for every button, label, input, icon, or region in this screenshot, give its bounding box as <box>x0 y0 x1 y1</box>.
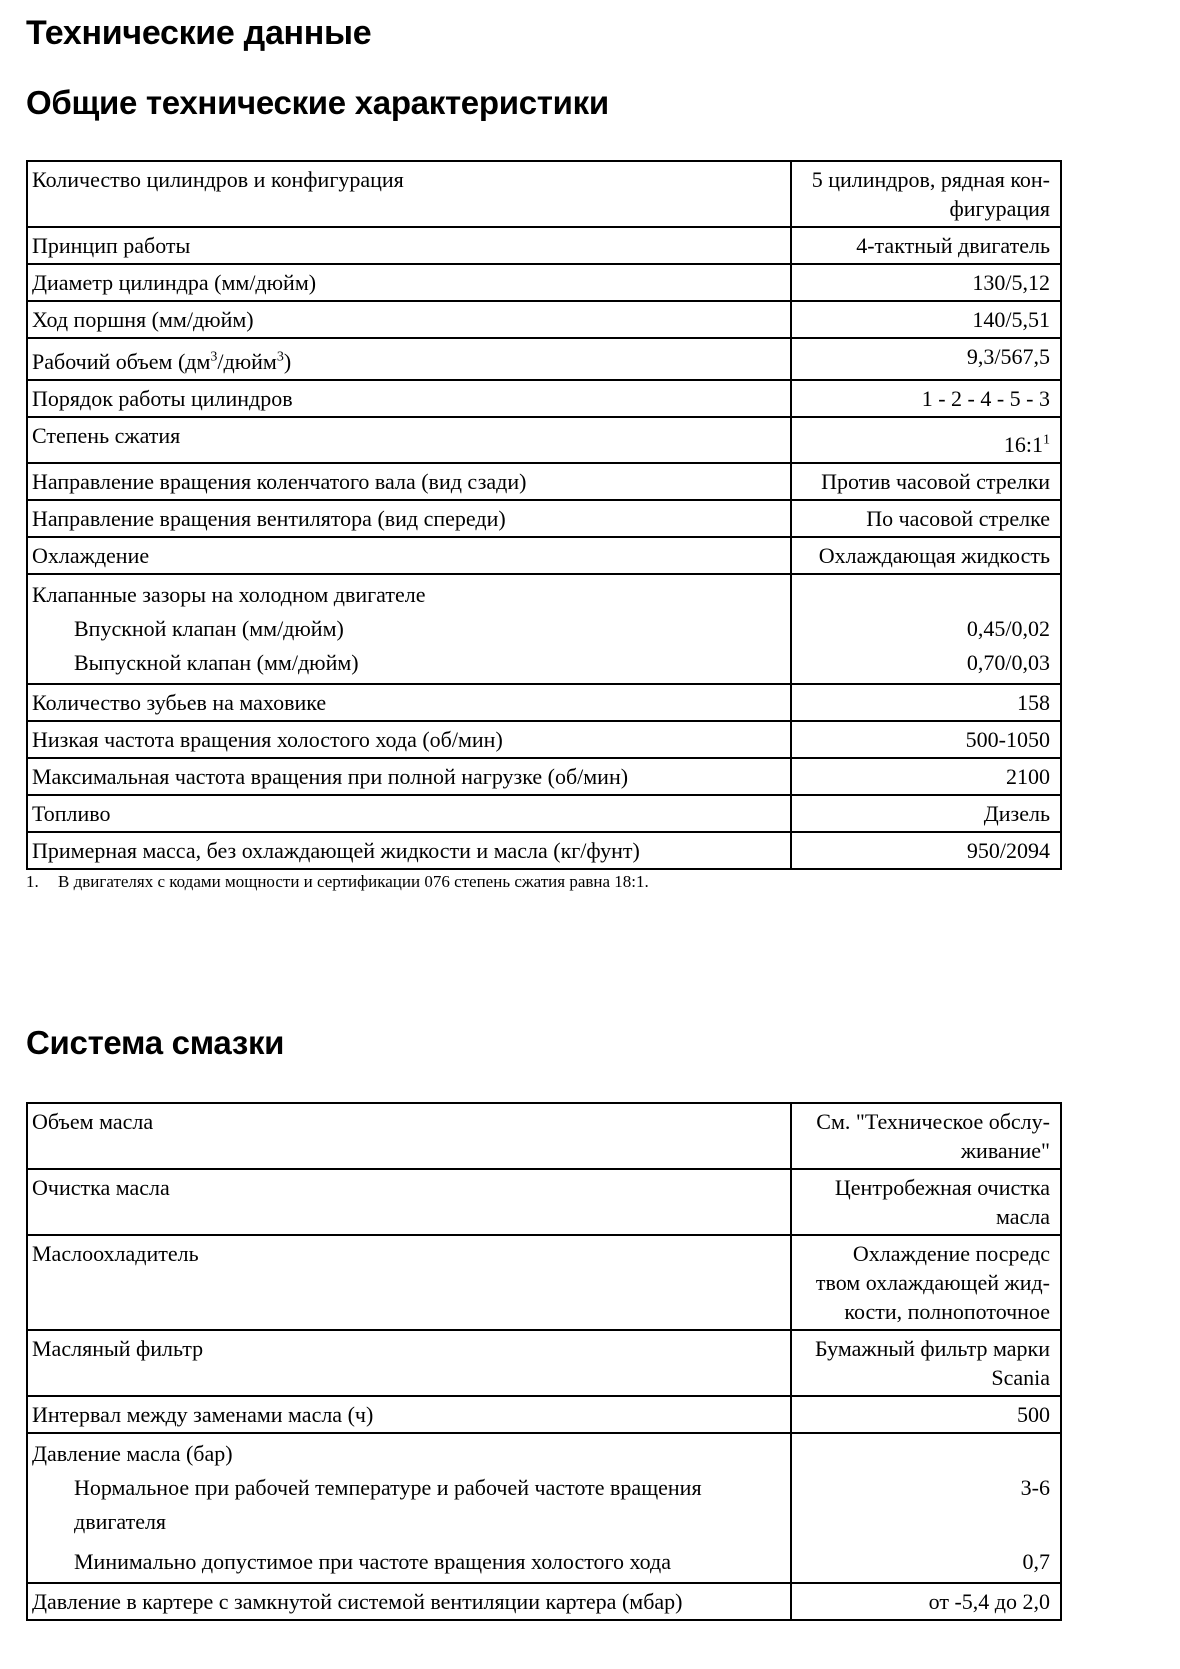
value-line: кости, полнопоточное <box>796 1297 1050 1326</box>
spec-label: Направление вращения коленчатого вала (в… <box>27 463 791 500</box>
value-line: 0,7 <box>796 1545 1050 1579</box>
spec-label: Максимальная частота вращения при полной… <box>27 758 791 795</box>
value-line <box>796 1437 1050 1471</box>
table-row: Ход поршня (мм/дюйм) 140/5,51 <box>27 301 1061 338</box>
spec-label: Интервал между заменами масла (ч) <box>27 1396 791 1433</box>
sub-label: Впускной клапан (мм/дюйм) <box>32 612 782 646</box>
table-row: Низкая частота вращения холостого хода (… <box>27 721 1061 758</box>
spec-label: Рабочий объем (дм3/дюйм3) <box>27 338 791 380</box>
spec-label: Охлаждение <box>27 537 791 574</box>
lubrication-specs-table: Объем масла См. "Техническое обслу- жива… <box>26 1102 1062 1621</box>
table-row: Объем масла См. "Техническое обслу- жива… <box>27 1103 1061 1169</box>
spec-value: Охлаждение посредс твом охлаждающей жид-… <box>791 1235 1061 1330</box>
spec-value: Бумажный фильтр марки Scania <box>791 1330 1061 1396</box>
table-row: Диаметр цилиндра (мм/дюйм) 130/5,12 <box>27 264 1061 301</box>
spec-label: Принцип работы <box>27 227 791 264</box>
value-line: Бумажный фильтр марки <box>796 1334 1050 1363</box>
table-row: Очистка масла Центробежная очистка масла <box>27 1169 1061 1235</box>
table-row: Степень сжатия 16:11 <box>27 417 1061 463</box>
value-line: Scania <box>796 1363 1050 1392</box>
table-row: Принцип работы 4-тактный двигатель <box>27 227 1061 264</box>
spec-value: Центробежная очистка масла <box>791 1169 1061 1235</box>
group-label: Давление масла (бар) <box>32 1437 782 1471</box>
spec-label: Низкая частота вращения холостого хода (… <box>27 721 791 758</box>
spec-label: Количество зубьев на маховике <box>27 684 791 721</box>
table-row: Рабочий объем (дм3/дюйм3) 9,3/567,5 <box>27 338 1061 380</box>
spec-label: Направление вращения вентилятора (вид сп… <box>27 500 791 537</box>
value-line: фигурация <box>796 194 1050 223</box>
spec-value: 950/2094 <box>791 832 1061 869</box>
value-main: 16:1 <box>1004 432 1043 457</box>
page-title: Технические данные <box>26 14 371 53</box>
value-line: живание" <box>796 1136 1050 1165</box>
section-heading-lubrication: Система смазки <box>26 1024 284 1062</box>
spec-value: По часовой стрелке <box>791 500 1061 537</box>
value-line: См. "Техническое обслу- <box>796 1107 1050 1136</box>
spec-value: Дизель <box>791 795 1061 832</box>
spec-value: 1 - 2 - 4 - 5 - 3 <box>791 380 1061 417</box>
footnote-text: В двигателях с кодами мощности и сертифи… <box>58 872 649 891</box>
general-specs-table: Количество цилиндров и конфигурация 5 ци… <box>26 160 1062 870</box>
spec-value: 3-6 0,7 <box>791 1433 1061 1583</box>
table-row: Примерная масса, без охлаждающей жидкост… <box>27 832 1061 869</box>
spec-value: Охлаждающая жидкость <box>791 537 1061 574</box>
table-row: Порядок работы цилиндров 1 - 2 - 4 - 5 -… <box>27 380 1061 417</box>
table-row: Давление в картере с замкнутой системой … <box>27 1583 1061 1620</box>
spec-value: 16:11 <box>791 417 1061 463</box>
superscript: 3 <box>277 350 284 365</box>
spec-label: Диаметр цилиндра (мм/дюйм) <box>27 264 791 301</box>
footnote-ref: 1 <box>1043 433 1050 448</box>
spec-value: 4-тактный двигатель <box>791 227 1061 264</box>
value-line: Охлаждение посредс <box>796 1239 1050 1268</box>
table-row: Интервал между заменами масла (ч) 500 <box>27 1396 1061 1433</box>
sub-label: Нормальное при рабочей температуре и раб… <box>32 1471 782 1505</box>
label-part: Рабочий объем (дм <box>32 349 210 374</box>
spec-value: Против часовой стрелки <box>791 463 1061 500</box>
value-line <box>796 1505 1050 1539</box>
spec-value: 500 <box>791 1396 1061 1433</box>
spec-value: См. "Техническое обслу- живание" <box>791 1103 1061 1169</box>
spec-label: Объем масла <box>27 1103 791 1169</box>
spec-value: от -5,4 до 2,0 <box>791 1583 1061 1620</box>
spec-label: Топливо <box>27 795 791 832</box>
table-row: Давление масла (бар) Нормальное при рабо… <box>27 1433 1061 1583</box>
group-label: Клапанные зазоры на холодном двигателе <box>32 578 782 612</box>
table-row: Направление вращения вентилятора (вид сп… <box>27 500 1061 537</box>
spec-label: Порядок работы цилиндров <box>27 380 791 417</box>
table-row: Топливо Дизель <box>27 795 1061 832</box>
spec-label: Примерная масса, без охлаждающей жидкост… <box>27 832 791 869</box>
value-line: 0,70/0,03 <box>796 646 1050 680</box>
value-line: Центробежная очистка <box>796 1173 1050 1202</box>
value-line: твом охлаждающей жид- <box>796 1268 1050 1297</box>
sub-label-continued: двигателя <box>32 1505 782 1539</box>
spec-value: 2100 <box>791 758 1061 795</box>
section-heading-general: Общие технические характеристики <box>26 84 609 122</box>
spec-value: 5 цилиндров, рядная кон- фигурация <box>791 161 1061 227</box>
spec-value: 130/5,12 <box>791 264 1061 301</box>
value-line: 3-6 <box>796 1471 1050 1505</box>
table-row: Количество зубьев на маховике 158 <box>27 684 1061 721</box>
value-line: 5 цилиндров, рядная кон- <box>796 165 1050 194</box>
table-row: Охлаждение Охлаждающая жидкость <box>27 537 1061 574</box>
spec-label: Ход поршня (мм/дюйм) <box>27 301 791 338</box>
spec-label: Маслоохладитель <box>27 1235 791 1330</box>
spec-value: 500-1050 <box>791 721 1061 758</box>
spec-label: Клапанные зазоры на холодном двигателе В… <box>27 574 791 684</box>
value-line: 0,45/0,02 <box>796 612 1050 646</box>
footnote-number: 1. <box>26 872 58 892</box>
spec-value: 140/5,51 <box>791 301 1061 338</box>
footnote: 1.В двигателях с кодами мощности и серти… <box>26 872 649 892</box>
table-row: Направление вращения коленчатого вала (в… <box>27 463 1061 500</box>
table-row: Максимальная частота вращения при полной… <box>27 758 1061 795</box>
spec-label: Масляный фильтр <box>27 1330 791 1396</box>
spec-label: Давление масла (бар) Нормальное при рабо… <box>27 1433 791 1583</box>
spec-value: 0,45/0,02 0,70/0,03 <box>791 574 1061 684</box>
spec-value: 158 <box>791 684 1061 721</box>
spec-label: Количество цилиндров и конфигурация <box>27 161 791 227</box>
value-line <box>796 578 1050 612</box>
label-part: /дюйм <box>217 349 276 374</box>
table-row: Количество цилиндров и конфигурация 5 ци… <box>27 161 1061 227</box>
value-line: масла <box>796 1202 1050 1231</box>
spec-label: Степень сжатия <box>27 417 791 463</box>
sub-label: Минимально допустимое при частоте вращен… <box>32 1545 782 1579</box>
table-row: Маслоохладитель Охлаждение посредс твом … <box>27 1235 1061 1330</box>
table-row: Масляный фильтр Бумажный фильтр марки Sc… <box>27 1330 1061 1396</box>
table-row: Клапанные зазоры на холодном двигателе В… <box>27 574 1061 684</box>
spec-label: Давление в картере с замкнутой системой … <box>27 1583 791 1620</box>
spec-value: 9,3/567,5 <box>791 338 1061 380</box>
sub-label: Выпускной клапан (мм/дюйм) <box>32 646 782 680</box>
spec-label: Очистка масла <box>27 1169 791 1235</box>
label-part: ) <box>284 349 291 374</box>
